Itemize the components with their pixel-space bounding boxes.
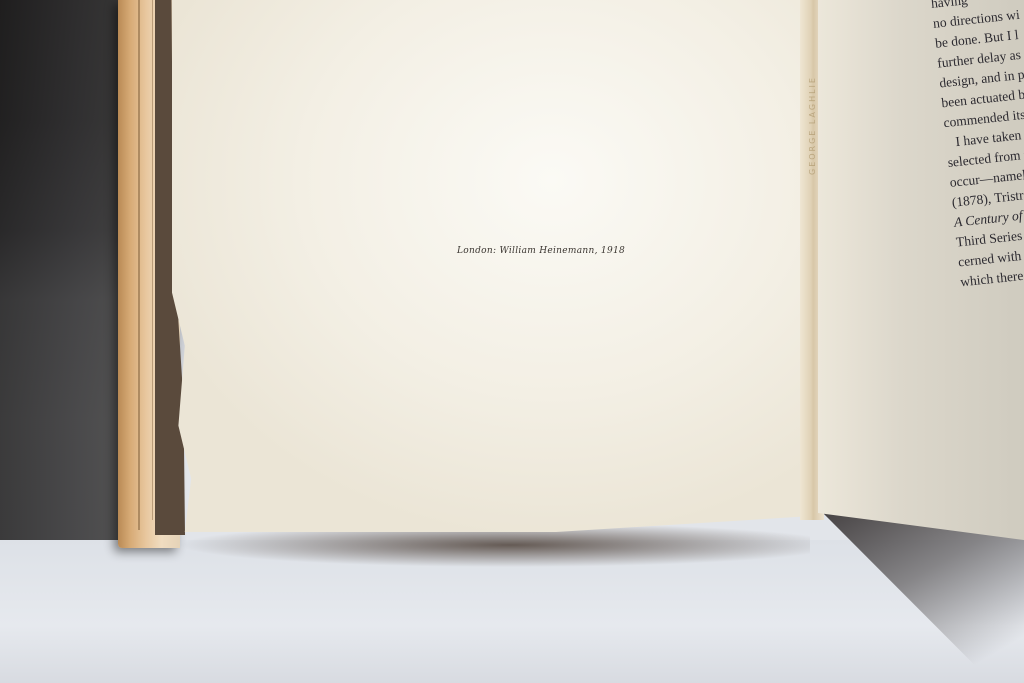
page-cast-shadow [170, 525, 810, 575]
page-block-line [152, 0, 153, 520]
page-block-line [138, 0, 140, 530]
left-page [172, 0, 812, 532]
background-shadow [0, 0, 130, 560]
pencil-margin-annotation: George Laghlie [808, 76, 817, 175]
publisher-imprint: London: William Heinemann, 1918 [457, 246, 625, 256]
